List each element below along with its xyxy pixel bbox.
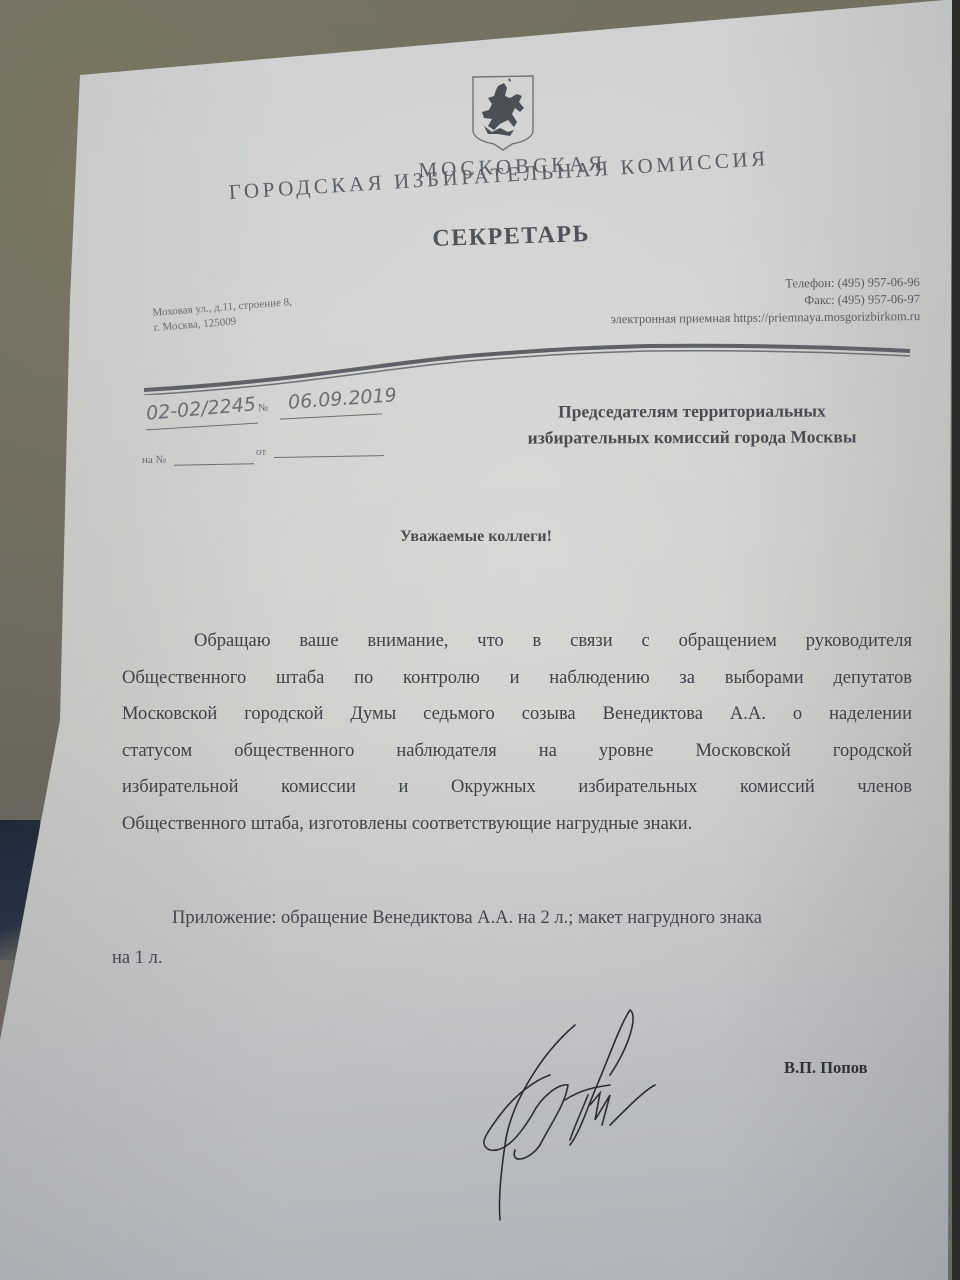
addressee-line2: избирательных комиссий города Москвы	[472, 423, 912, 451]
reply-from-label: от	[256, 446, 266, 458]
contact-block: Телефон: (495) 957-06-96 Факс: (495) 957…	[610, 274, 920, 328]
outgoing-number: 02-02/2245	[145, 393, 256, 425]
attachment-line2: на 1 л.	[112, 938, 892, 978]
registration-block: 02-02/2245 № 06.09.2019 на № от	[140, 378, 400, 468]
handwritten-signature-icon	[470, 995, 670, 1225]
reply-number-line	[174, 463, 254, 465]
body-line: Общественного штаба, изготовлены соответ…	[122, 806, 912, 843]
addressee-line1: Председателям территориальных	[472, 397, 912, 425]
date-underline	[280, 413, 382, 419]
number-sign: №	[258, 402, 269, 415]
body-line: Общественного штаба по контролю и наблюд…	[122, 660, 912, 697]
body-line: избирательной комиссии и Окружных избира…	[122, 769, 912, 806]
letter-body: Обращаю ваше внимание, что в связи с обр…	[122, 623, 912, 842]
body-line: статусом общественного наблюдателя на ур…	[122, 733, 912, 770]
salutation: Уважаемые коллеги!	[400, 528, 552, 546]
department-title: СЕКРЕТАРЬ	[432, 221, 590, 253]
moscow-coat-of-arms-icon	[470, 74, 536, 152]
attachment-note: Приложение: обращение Венедиктова А.А. н…	[112, 898, 892, 978]
signer-name: В.П. Попов	[784, 1058, 868, 1078]
reply-date-line	[274, 455, 384, 458]
body-line: Обращаю ваше внимание, что в связи с обр…	[122, 623, 912, 660]
body-line: Московской городской Думы седьмого созыв…	[122, 696, 912, 733]
addressee-block: Председателям территориальных избиратель…	[472, 397, 912, 451]
letter-date: 06.09.2019	[287, 384, 397, 414]
attachment-line1: Приложение: обращение Венедиктова А.А. н…	[112, 898, 892, 938]
reply-to-label: на №	[142, 454, 166, 466]
web-reception-link[interactable]: электронная приемная https://priemnaya.m…	[611, 308, 921, 328]
background-right-edge	[952, 0, 960, 1280]
number-underline	[146, 423, 258, 431]
